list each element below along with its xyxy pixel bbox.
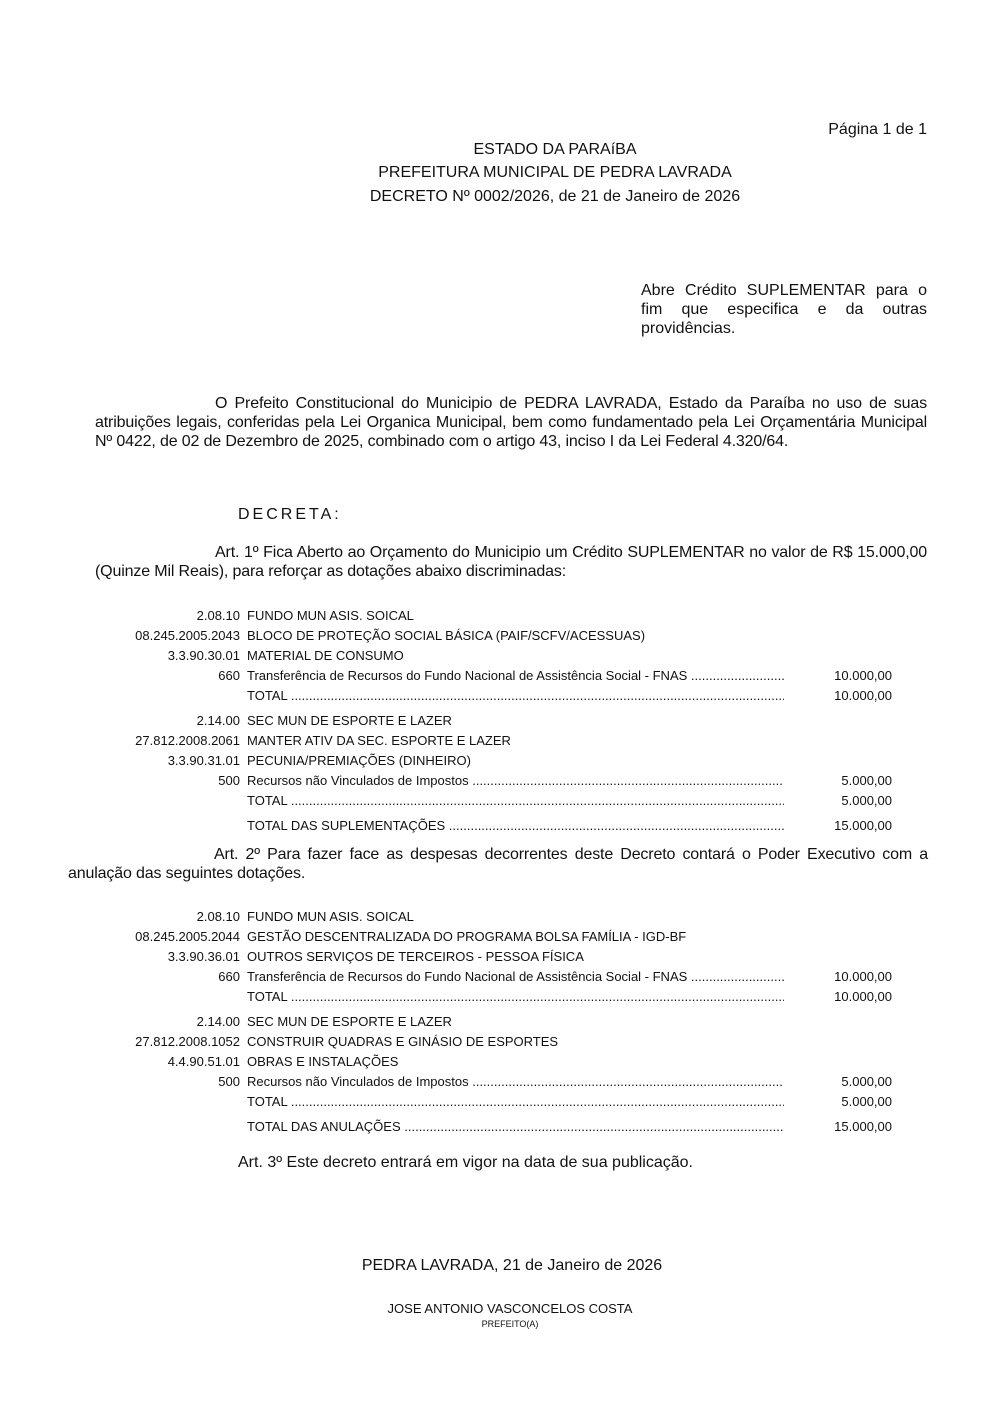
state-heading: ESTADO DA PARAíBA [0,141,1000,159]
decree-title: DECRETO Nº 0002/2026, de 21 de Janeiro d… [0,188,1000,206]
grand-total-value: 15.000,00 [834,816,892,836]
source-name: Transferência de Recursos do Fundo Nacio… [247,969,687,984]
total-leader: TOTAL [247,1092,784,1112]
decreta-heading: DECRETA: [238,506,342,524]
action-row: 27.812.2008.1052CONSTRUIR QUADRAS E GINÁ… [60,1032,900,1052]
unit-code: 2.08.10 [197,907,240,927]
element-name: OUTROS SERVIÇOS DE TERCEIROS - PESSOA FÍ… [247,947,584,967]
grand-total-leader: TOTAL DAS SUPLEMENTAÇÕES [247,816,784,836]
action-row: 08.245.2005.2043BLOCO DE PROTEÇÃO SOCIAL… [60,626,900,646]
total-value: 10.000,00 [834,686,892,706]
article-3: Art. 3º Este decreto entrará em vigor na… [238,1154,693,1172]
source-value: 10.000,00 [834,666,892,686]
grand-total-leader: TOTAL DAS ANULAÇÕES [247,1117,784,1137]
source-code: 660 [218,967,240,987]
unit-name: FUNDO MUN ASIS. SOICAL [247,907,414,927]
article-1: Art. 1º Fica Aberto ao Orçamento do Muni… [95,543,927,581]
action-row: 27.812.2008.2061MANTER ATIV DA SEC. ESPO… [60,731,900,751]
action-name: CONSTRUIR QUADRAS E GINÁSIO DE ESPORTES [247,1032,558,1052]
total-leader: TOTAL [247,987,784,1007]
preamble-paragraph: O Prefeito Constitucional do Municipio d… [95,394,927,451]
article-2: Art. 2º Para fazer face as despesas deco… [68,845,928,883]
source-name-leader: Recursos não Vinculados de Impostos [247,771,784,791]
element-code: 3.3.90.30.01 [168,646,240,666]
unit-name: SEC MUN DE ESPORTE E LAZER [247,1012,452,1032]
source-code: 660 [218,666,240,686]
element-code: 3.3.90.31.01 [168,751,240,771]
total-row: TOTAL10.000,00 [60,686,900,706]
total-leader: TOTAL [247,686,784,706]
grand-total-row: TOTAL DAS ANULAÇÕES15.000,00 [60,1117,900,1137]
action-name: BLOCO DE PROTEÇÃO SOCIAL BÁSICA (PAIF/SC… [247,626,645,646]
total-label: TOTAL [247,1094,287,1109]
source-name: Transferência de Recursos do Fundo Nacio… [247,668,687,683]
decree-summary: Abre Crédito SUPLEMENTAR para o fim que … [641,281,927,338]
source-row: 660Transferência de Recursos do Fundo Na… [60,967,900,987]
source-code: 500 [218,771,240,791]
municipality-heading: PREFEITURA MUNICIPAL DE PEDRA LAVRADA [0,164,1000,182]
source-value: 10.000,00 [834,967,892,987]
total-value: 5.000,00 [841,791,892,811]
source-value: 5.000,00 [841,771,892,791]
total-value: 10.000,00 [834,987,892,1007]
unit-code: 2.08.10 [197,606,240,626]
grand-total-value: 15.000,00 [834,1117,892,1137]
supplementation-table: 2.08.10FUNDO MUN ASIS. SOICAL08.245.2005… [60,606,900,836]
action-name: MANTER ATIV DA SEC. ESPORTE E LAZER [247,731,511,751]
unit-row: 2.08.10FUNDO MUN ASIS. SOICAL [60,606,900,626]
element-row: 4.4.90.51.01OBRAS E INSTALAÇÕES [60,1052,900,1072]
action-code: 27.812.2008.2061 [135,731,240,751]
total-row: TOTAL5.000,00 [60,791,900,811]
action-code: 08.245.2005.2044 [135,927,240,947]
element-name: MATERIAL DE CONSUMO [247,646,404,666]
source-row: 500Recursos não Vinculados de Impostos5.… [60,771,900,791]
action-name: GESTÃO DESCENTRALIZADA DO PROGRAMA BOLSA… [247,927,686,947]
action-row: 08.245.2005.2044GESTÃO DESCENTRALIZADA D… [60,927,900,947]
total-row: TOTAL10.000,00 [60,987,900,1007]
source-name: Recursos não Vinculados de Impostos [247,1074,469,1089]
page-number: Página 1 de 1 [828,121,927,139]
unit-row: 2.14.00SEC MUN DE ESPORTE E LAZER [60,711,900,731]
signer-name: JOSE ANTONIO VASCONCELOS COSTA [0,1301,1000,1316]
unit-name: FUNDO MUN ASIS. SOICAL [247,606,414,626]
element-row: 3.3.90.36.01OUTROS SERVIÇOS DE TERCEIROS… [60,947,900,967]
grand-total-label: TOTAL DAS SUPLEMENTAÇÕES [247,818,445,833]
unit-row: 2.14.00SEC MUN DE ESPORTE E LAZER [60,1012,900,1032]
element-name: OBRAS E INSTALAÇÕES [247,1052,398,1072]
grand-total-row: TOTAL DAS SUPLEMENTAÇÕES15.000,00 [60,816,900,836]
action-code: 27.812.2008.1052 [135,1032,240,1052]
total-label: TOTAL [247,688,287,703]
preamble-text: O Prefeito Constitucional do Municipio d… [95,395,927,450]
unit-name: SEC MUN DE ESPORTE E LAZER [247,711,452,731]
element-code: 3.3.90.36.01 [168,947,240,967]
signer-role: PREFEITO(A) [0,1319,1000,1329]
unit-code: 2.14.00 [197,711,240,731]
unit-row: 2.08.10FUNDO MUN ASIS. SOICAL [60,907,900,927]
element-row: 3.3.90.30.01MATERIAL DE CONSUMO [60,646,900,666]
total-row: TOTAL5.000,00 [60,1092,900,1112]
source-name: Recursos não Vinculados de Impostos [247,773,469,788]
total-leader: TOTAL [247,791,784,811]
source-row: 500Recursos não Vinculados de Impostos5.… [60,1072,900,1092]
grand-total-label: TOTAL DAS ANULAÇÕES [247,1119,401,1134]
article-2-text: Art. 2º Para fazer face as despesas deco… [68,846,928,882]
total-value: 5.000,00 [841,1092,892,1112]
unit-code: 2.14.00 [197,1012,240,1032]
action-code: 08.245.2005.2043 [135,626,240,646]
element-row: 3.3.90.31.01PECUNIA/PREMIAÇÕES (DINHEIRO… [60,751,900,771]
total-label: TOTAL [247,989,287,1004]
source-name-leader: Recursos não Vinculados de Impostos [247,1072,784,1092]
annulment-table: 2.08.10FUNDO MUN ASIS. SOICAL08.245.2005… [60,907,900,1137]
place-date: PEDRA LAVRADA, 21 de Janeiro de 2026 [0,1257,1000,1275]
source-row: 660Transferência de Recursos do Fundo Na… [60,666,900,686]
element-name: PECUNIA/PREMIAÇÕES (DINHEIRO) [247,751,471,771]
article-1-text: Art. 1º Fica Aberto ao Orçamento do Muni… [95,544,927,580]
source-name-leader: Transferência de Recursos do Fundo Nacio… [247,967,784,987]
source-value: 5.000,00 [841,1072,892,1092]
element-code: 4.4.90.51.01 [168,1052,240,1072]
source-name-leader: Transferência de Recursos do Fundo Nacio… [247,666,784,686]
total-label: TOTAL [247,793,287,808]
source-code: 500 [218,1072,240,1092]
